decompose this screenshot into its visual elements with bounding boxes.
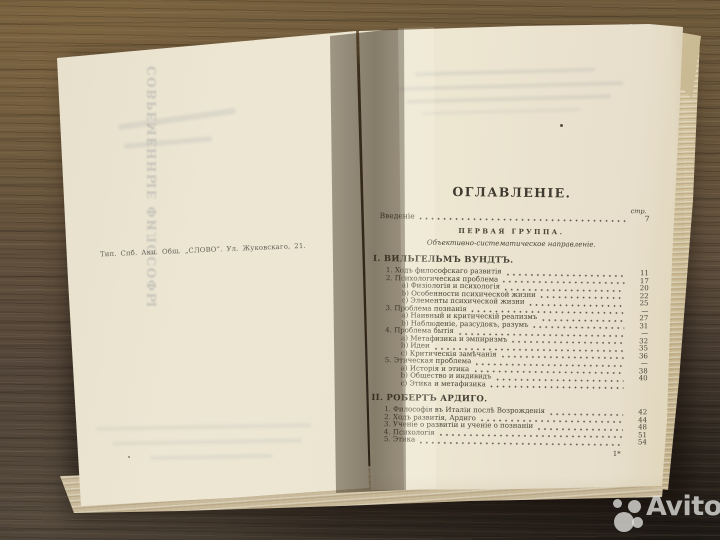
dot-leader <box>491 385 624 389</box>
avito-watermark: Avito <box>606 494 716 538</box>
avito-logo-dot <box>628 500 641 513</box>
book-photo: СОВРЕМЕННЫЕ ФИЛОСОФЫ Тип. Спб. Акц. Общ.… <box>0 0 720 540</box>
toc-item-page: 7 <box>630 215 650 223</box>
paper-speck <box>128 456 130 458</box>
paper-speck <box>560 124 563 127</box>
avito-logo-dot <box>632 517 643 528</box>
dot-leader <box>420 218 626 223</box>
avito-logo-dot <box>613 499 622 508</box>
avito-logo-dot <box>614 512 634 532</box>
dot-leader <box>420 441 623 445</box>
toc-item-page: 40 <box>628 375 648 383</box>
showthrough-book-title: СОВРЕМЕННЫЕ ФИЛОСОФЫ <box>145 66 159 250</box>
toc-item-page: 54 <box>627 439 647 447</box>
avito-watermark-text: Avito <box>646 491 720 522</box>
